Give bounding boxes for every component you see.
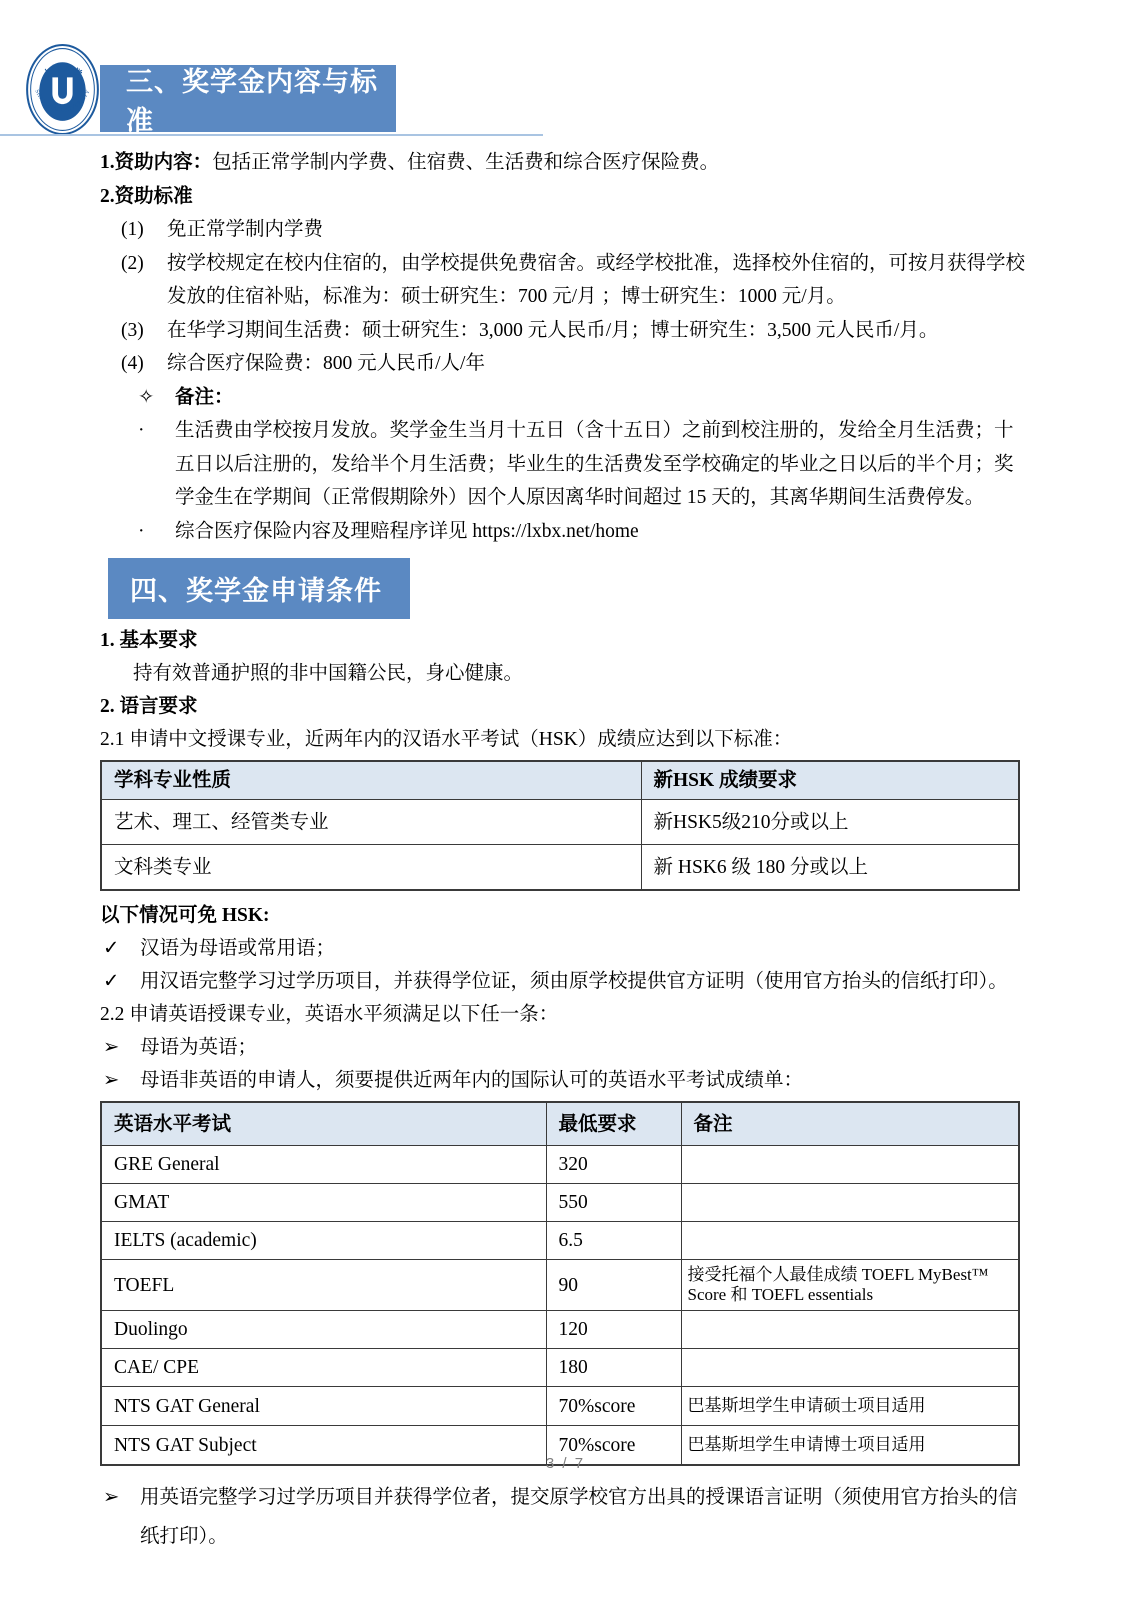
- minimum-cell: 120: [546, 1311, 681, 1349]
- hsk-requirements-table: 学科专业性质 新HSK 成绩要求 艺术、理工、经管类专业 新HSK5级210分或…: [100, 760, 1020, 891]
- english-test-table: 英语水平考试 最低要求 备注 GRE General 320 GMAT 550: [100, 1101, 1020, 1466]
- check-bullet-icon: ✓: [100, 965, 140, 998]
- table-row: GRE General 320: [101, 1146, 1019, 1184]
- arrow-bullet-icon: ➢: [100, 1064, 140, 1097]
- english-condition-text: 母语非英语的申请人，须要提供近两年内的国际认可的英语水平考试成绩单：: [140, 1064, 803, 1097]
- test-cell: TOEFL: [101, 1260, 546, 1311]
- english-condition-text: 母语为英语；: [140, 1031, 257, 1064]
- column-header-major: 学科专业性质: [101, 761, 641, 800]
- language-requirements-heading: 2. 语言要求: [100, 690, 1032, 723]
- section4-banner: 四、奖学金申请条件: [108, 558, 410, 619]
- table-row: GMAT 550: [101, 1184, 1019, 1222]
- remark-cell: [681, 1222, 1019, 1260]
- funding-standard-heading: 2.资助标准: [100, 180, 1032, 214]
- remark-cell: [681, 1349, 1019, 1387]
- hsk-exempt-text: 用汉语完整学习过学历项目，并获得学位证，须由原学校提供官方证明（使用官方抬头的信…: [140, 965, 1008, 998]
- list-item-text: 在华学习期间生活费：硕士研究生：3,000 元人民币/月；博士研究生：3,500…: [167, 314, 1032, 348]
- basic-requirements-text: 持有效普通护照的非中国籍公民，身心健康。: [100, 657, 1032, 690]
- column-header-hsk-req: 新HSK 成绩要求: [641, 761, 1019, 800]
- major-cell: 艺术、理工、经管类专业: [101, 800, 641, 845]
- list-item-text: 综合医疗保险费：800 元人民币/人/年: [167, 347, 1032, 381]
- hsk-exempt-item: ✓ 汉语为母语或常用语；: [100, 932, 1032, 965]
- list-item-text: 免正常学制内学费: [167, 213, 1032, 247]
- table-row: CAE/ CPE 180: [101, 1349, 1019, 1387]
- english-program-paragraph: 2.2 申请英语授课专业，英语水平须满足以下任一条：: [100, 998, 1032, 1031]
- list-item: (2) 按学校规定在校内住宿的，由学校提供免费宿舍。或经学校批准，选择校外住宿的…: [100, 247, 1032, 314]
- minimum-cell: 6.5: [546, 1222, 681, 1260]
- table-row: TOEFL 90 接受托福个人最佳成绩 TOEFL MyBest™ Score …: [101, 1260, 1019, 1311]
- english-condition-item: ➢ 用英语完整学习过学历项目并获得学位者，提交原学校官方出具的授课语言证明（须使…: [100, 1478, 1032, 1556]
- notes-label: 备注：: [175, 381, 234, 415]
- test-cell: Duolingo: [101, 1311, 546, 1349]
- basic-requirements-heading: 1. 基本要求: [100, 624, 1032, 657]
- minimum-cell: 70%score: [546, 1387, 681, 1426]
- insurance-note-prefix: 综合医疗保险内容及理赔程序详见: [175, 521, 472, 542]
- table-row: NTS GAT General 70%score 巴基斯坦学生申请硕士项目适用: [101, 1387, 1019, 1426]
- column-header-test: 英语水平考试: [101, 1102, 546, 1146]
- section4-banner-title: 四、奖学金申请条件: [130, 569, 382, 608]
- funding-content-label: 1.资助内容：: [100, 152, 212, 173]
- english-condition-text: 用英语完整学习过学历项目并获得学位者，提交原学校官方出具的授课语言证明（须使用官…: [140, 1478, 1032, 1556]
- table-row: IELTS (academic) 6.5: [101, 1222, 1019, 1260]
- list-item-text: 按学校规定在校内住宿的，由学校提供免费宿舍。或经学校批准，选择校外住宿的，可按月…: [167, 247, 1032, 314]
- remark-cell: [681, 1184, 1019, 1222]
- dot-bullet-icon: ·: [138, 515, 175, 549]
- hsk-exempt-text: 汉语为母语或常用语；: [140, 932, 335, 965]
- document-page: 上海大学 SHANGHAI UNIVERSITY 三、奖学金内容与标准 1.资助…: [0, 0, 1131, 1600]
- note-text: 生活费由学校按月发放。奖学金生当月十五日（含十五日）之前到校注册的，发给全月生活…: [175, 414, 1032, 515]
- test-cell: GRE General: [101, 1146, 546, 1184]
- note-text: 综合医疗保险内容及理赔程序详见 https://lxbx.net/home: [175, 515, 639, 549]
- funding-content-text: 包括正常学制内学费、住宿费、生活费和综合医疗保险费。: [212, 152, 719, 173]
- section3-banner-title: 三、奖学金内容与标准: [126, 60, 396, 138]
- list-item: (4) 综合医疗保险费：800 元人民币/人/年: [100, 347, 1032, 381]
- table-header-row: 英语水平考试 最低要求 备注: [101, 1102, 1019, 1146]
- chinese-program-paragraph: 2.1 申请中文授课专业，近两年内的汉语水平考试（HSK）成绩应达到以下标准：: [100, 723, 1032, 756]
- requirement-cell: 新HSK5级210分或以上: [641, 800, 1019, 845]
- list-item-number: (3): [100, 314, 167, 348]
- test-cell: CAE/ CPE: [101, 1349, 546, 1387]
- english-condition-item: ➢ 母语为英语；: [100, 1031, 1032, 1064]
- note-item: · 生活费由学校按月发放。奖学金生当月十五日（含十五日）之前到校注册的，发给全月…: [100, 414, 1032, 515]
- column-header-minimum: 最低要求: [546, 1102, 681, 1146]
- diamond-bullet-icon: ✧: [138, 381, 175, 415]
- remark-cell: 巴基斯坦学生申请硕士项目适用: [681, 1387, 1019, 1426]
- insurance-link[interactable]: https://lxbx.net/home: [472, 521, 638, 542]
- shanghai-university-logo-icon: 上海大学 SHANGHAI UNIVERSITY: [25, 43, 100, 136]
- english-condition-item: ➢ 母语非英语的申请人，须要提供近两年内的国际认可的英语水平考试成绩单：: [100, 1064, 1032, 1097]
- minimum-cell: 180: [546, 1349, 681, 1387]
- test-cell: IELTS (academic): [101, 1222, 546, 1260]
- test-cell: NTS GAT General: [101, 1387, 546, 1426]
- funding-content-paragraph: 1.资助内容：包括正常学制内学费、住宿费、生活费和综合医疗保险费。: [100, 146, 1032, 180]
- list-item-number: (1): [100, 213, 167, 247]
- table-header-row: 学科专业性质 新HSK 成绩要求: [101, 761, 1019, 800]
- list-item: (1) 免正常学制内学费: [100, 213, 1032, 247]
- check-bullet-icon: ✓: [100, 932, 140, 965]
- arrow-bullet-icon: ➢: [100, 1031, 140, 1064]
- remark-cell: [681, 1146, 1019, 1184]
- column-header-remark: 备注: [681, 1102, 1019, 1146]
- notes-heading: ✧ 备注：: [100, 381, 1032, 415]
- table-row: 文科类专业 新 HSK6 级 180 分或以上: [101, 845, 1019, 891]
- dot-bullet-icon: ·: [138, 414, 175, 515]
- minimum-cell: 550: [546, 1184, 681, 1222]
- section3-content: 1.资助内容：包括正常学制内学费、住宿费、生活费和综合医疗保险费。 2.资助标准…: [100, 146, 1032, 548]
- requirement-cell: 新 HSK6 级 180 分或以上: [641, 845, 1019, 891]
- table-row: Duolingo 120: [101, 1311, 1019, 1349]
- minimum-cell: 320: [546, 1146, 681, 1184]
- list-item-number: (4): [100, 347, 167, 381]
- remark-cell: [681, 1311, 1019, 1349]
- arrow-bullet-icon: ➢: [100, 1478, 140, 1556]
- hsk-exempt-heading: 以下情况可免 HSK:: [100, 899, 1032, 932]
- page-number: 3 / 7: [0, 1455, 1131, 1472]
- minimum-cell: 90: [546, 1260, 681, 1311]
- table-row: 艺术、理工、经管类专业 新HSK5级210分或以上: [101, 800, 1019, 845]
- section4-content: 1. 基本要求 持有效普通护照的非中国籍公民，身心健康。 2. 语言要求 2.1…: [100, 624, 1032, 1556]
- section3-banner: 三、奖学金内容与标准: [100, 65, 396, 132]
- remark-cell: 接受托福个人最佳成绩 TOEFL MyBest™ Score 和 TOEFL e…: [681, 1260, 1019, 1311]
- list-item-number: (2): [100, 247, 167, 314]
- major-cell: 文科类专业: [101, 845, 641, 891]
- hsk-exempt-item: ✓ 用汉语完整学习过学历项目，并获得学位证，须由原学校提供官方证明（使用官方抬头…: [100, 965, 1032, 998]
- test-cell: GMAT: [101, 1184, 546, 1222]
- note-item: · 综合医疗保险内容及理赔程序详见 https://lxbx.net/home: [100, 515, 1032, 549]
- list-item: (3) 在华学习期间生活费：硕士研究生：3,000 元人民币/月；博士研究生：3…: [100, 314, 1032, 348]
